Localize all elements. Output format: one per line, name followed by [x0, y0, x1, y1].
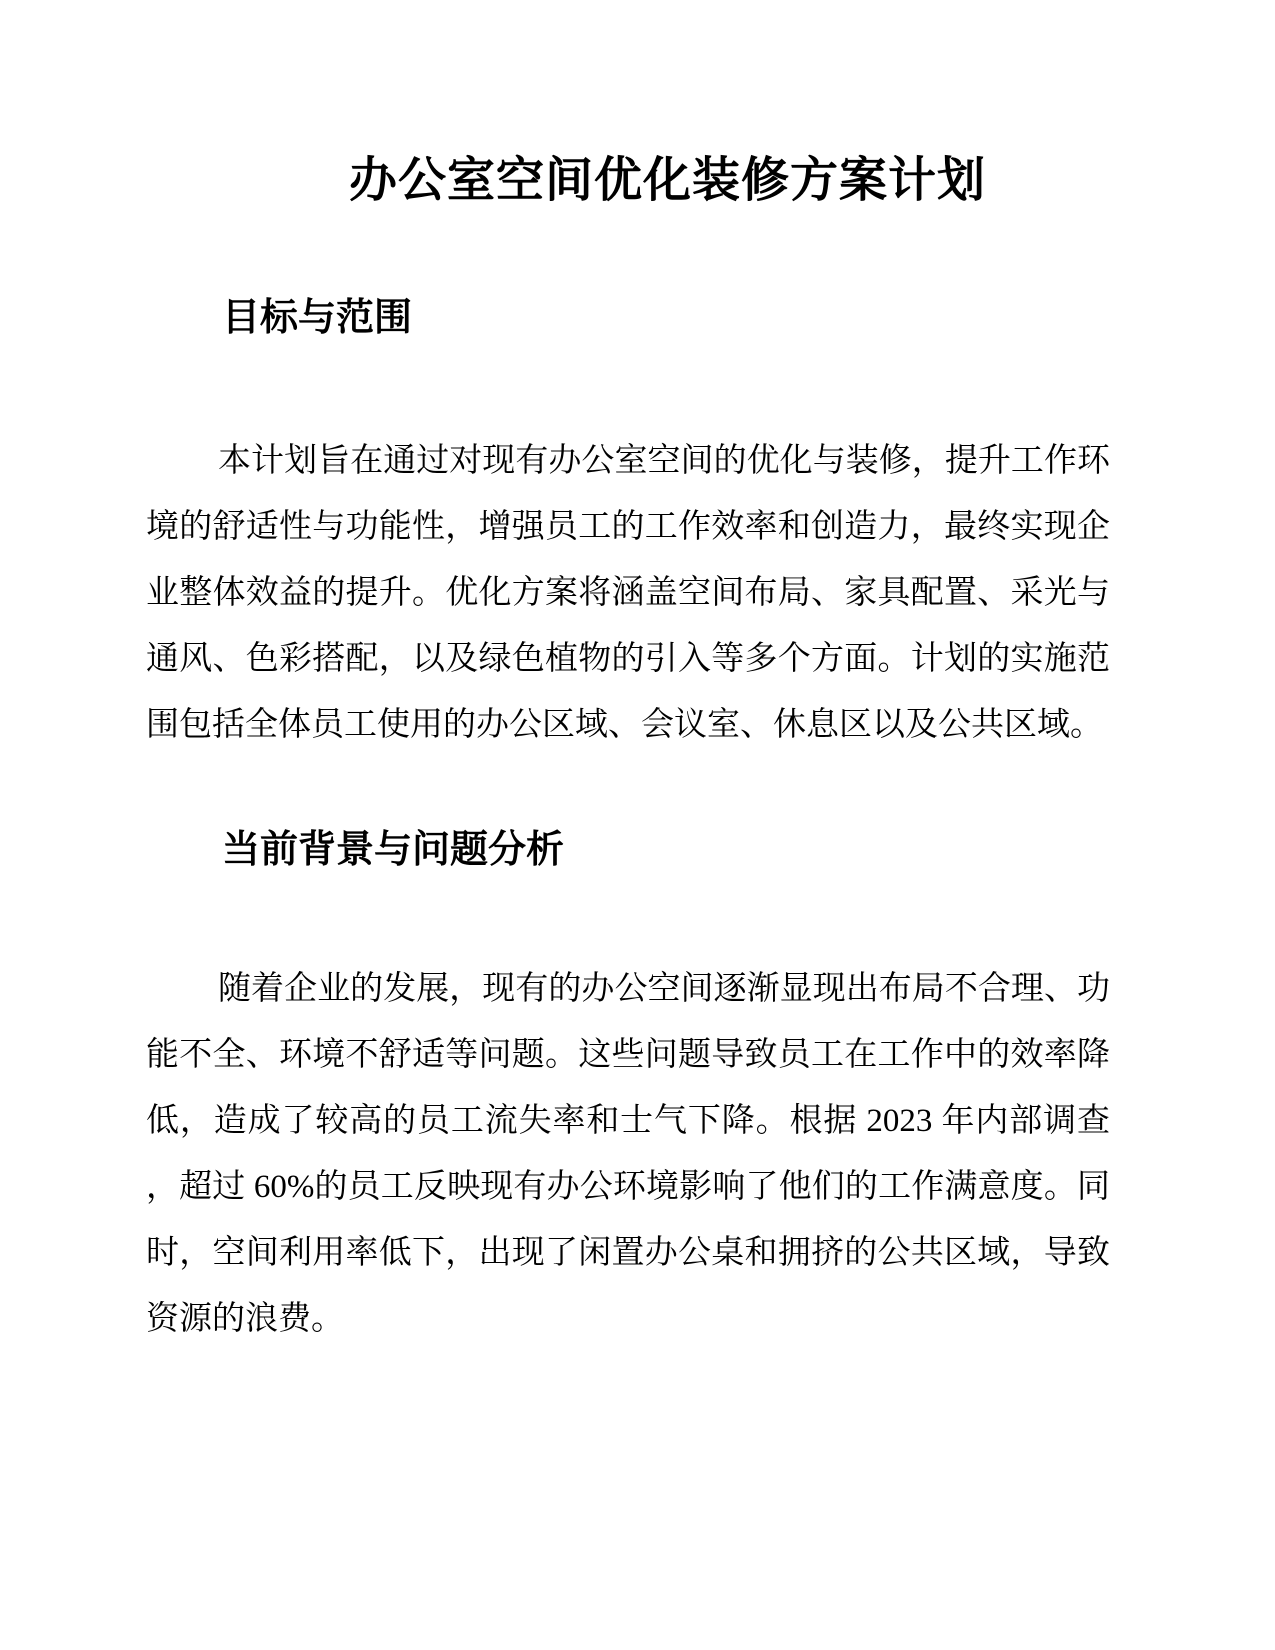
paragraph-line: 能不全、环境不舒适等问题。这些问题导致员工在工作中的效率降 [146, 1022, 1110, 1088]
paragraph-line: 低，造成了较高的员工流失率和士气下降。根据 2023 年内部调查 [146, 1088, 1110, 1154]
document-title: 办公室空间优化装修方案计划 [60, 152, 1275, 210]
paragraph-line: 随着企业的发展，现有的办公空间逐渐显现出布局不合理、功 [146, 956, 1110, 1022]
section-1-paragraph: 本计划旨在通过对现有办公室空间的优化与装修，提升工作环 境的舒适性与功能性，增强… [146, 428, 1110, 758]
paragraph-line: ，超过 60%的员工反映现有办公环境影响了他们的工作满意度。同 [146, 1154, 1110, 1220]
section-2-paragraph: 随着企业的发展，现有的办公空间逐渐显现出布局不合理、功 能不全、环境不舒适等问题… [146, 956, 1110, 1352]
paragraph-line: 本计划旨在通过对现有办公室空间的优化与装修，提升工作环 [146, 428, 1110, 494]
paragraph-line: 时，空间利用率低下，出现了闲置办公桌和拥挤的公共区域，导致 [146, 1220, 1110, 1286]
paragraph-line: 通风、色彩搭配，以及绿色植物的引入等多个方面。计划的实施范 [146, 626, 1110, 692]
paragraph-line: 资源的浪费。 [146, 1286, 1110, 1352]
section-2-heading: 当前背景与问题分析 [146, 827, 1110, 873]
paragraph-line: 业整体效益的提升。优化方案将涵盖空间布局、家具配置、采光与 [146, 560, 1110, 626]
paragraph-line: 境的舒适性与功能性，增强员工的工作效率和创造力，最终实现企 [146, 494, 1110, 560]
section-1-heading: 目标与范围 [146, 295, 1110, 341]
document-page: 办公室空间优化装修方案计划 目标与范围 本计划旨在通过对现有办公室空间的优化与装… [0, 0, 1275, 1650]
paragraph-line: 围包括全体员工使用的办公区域、会议室、休息区以及公共区域。 [146, 692, 1110, 758]
